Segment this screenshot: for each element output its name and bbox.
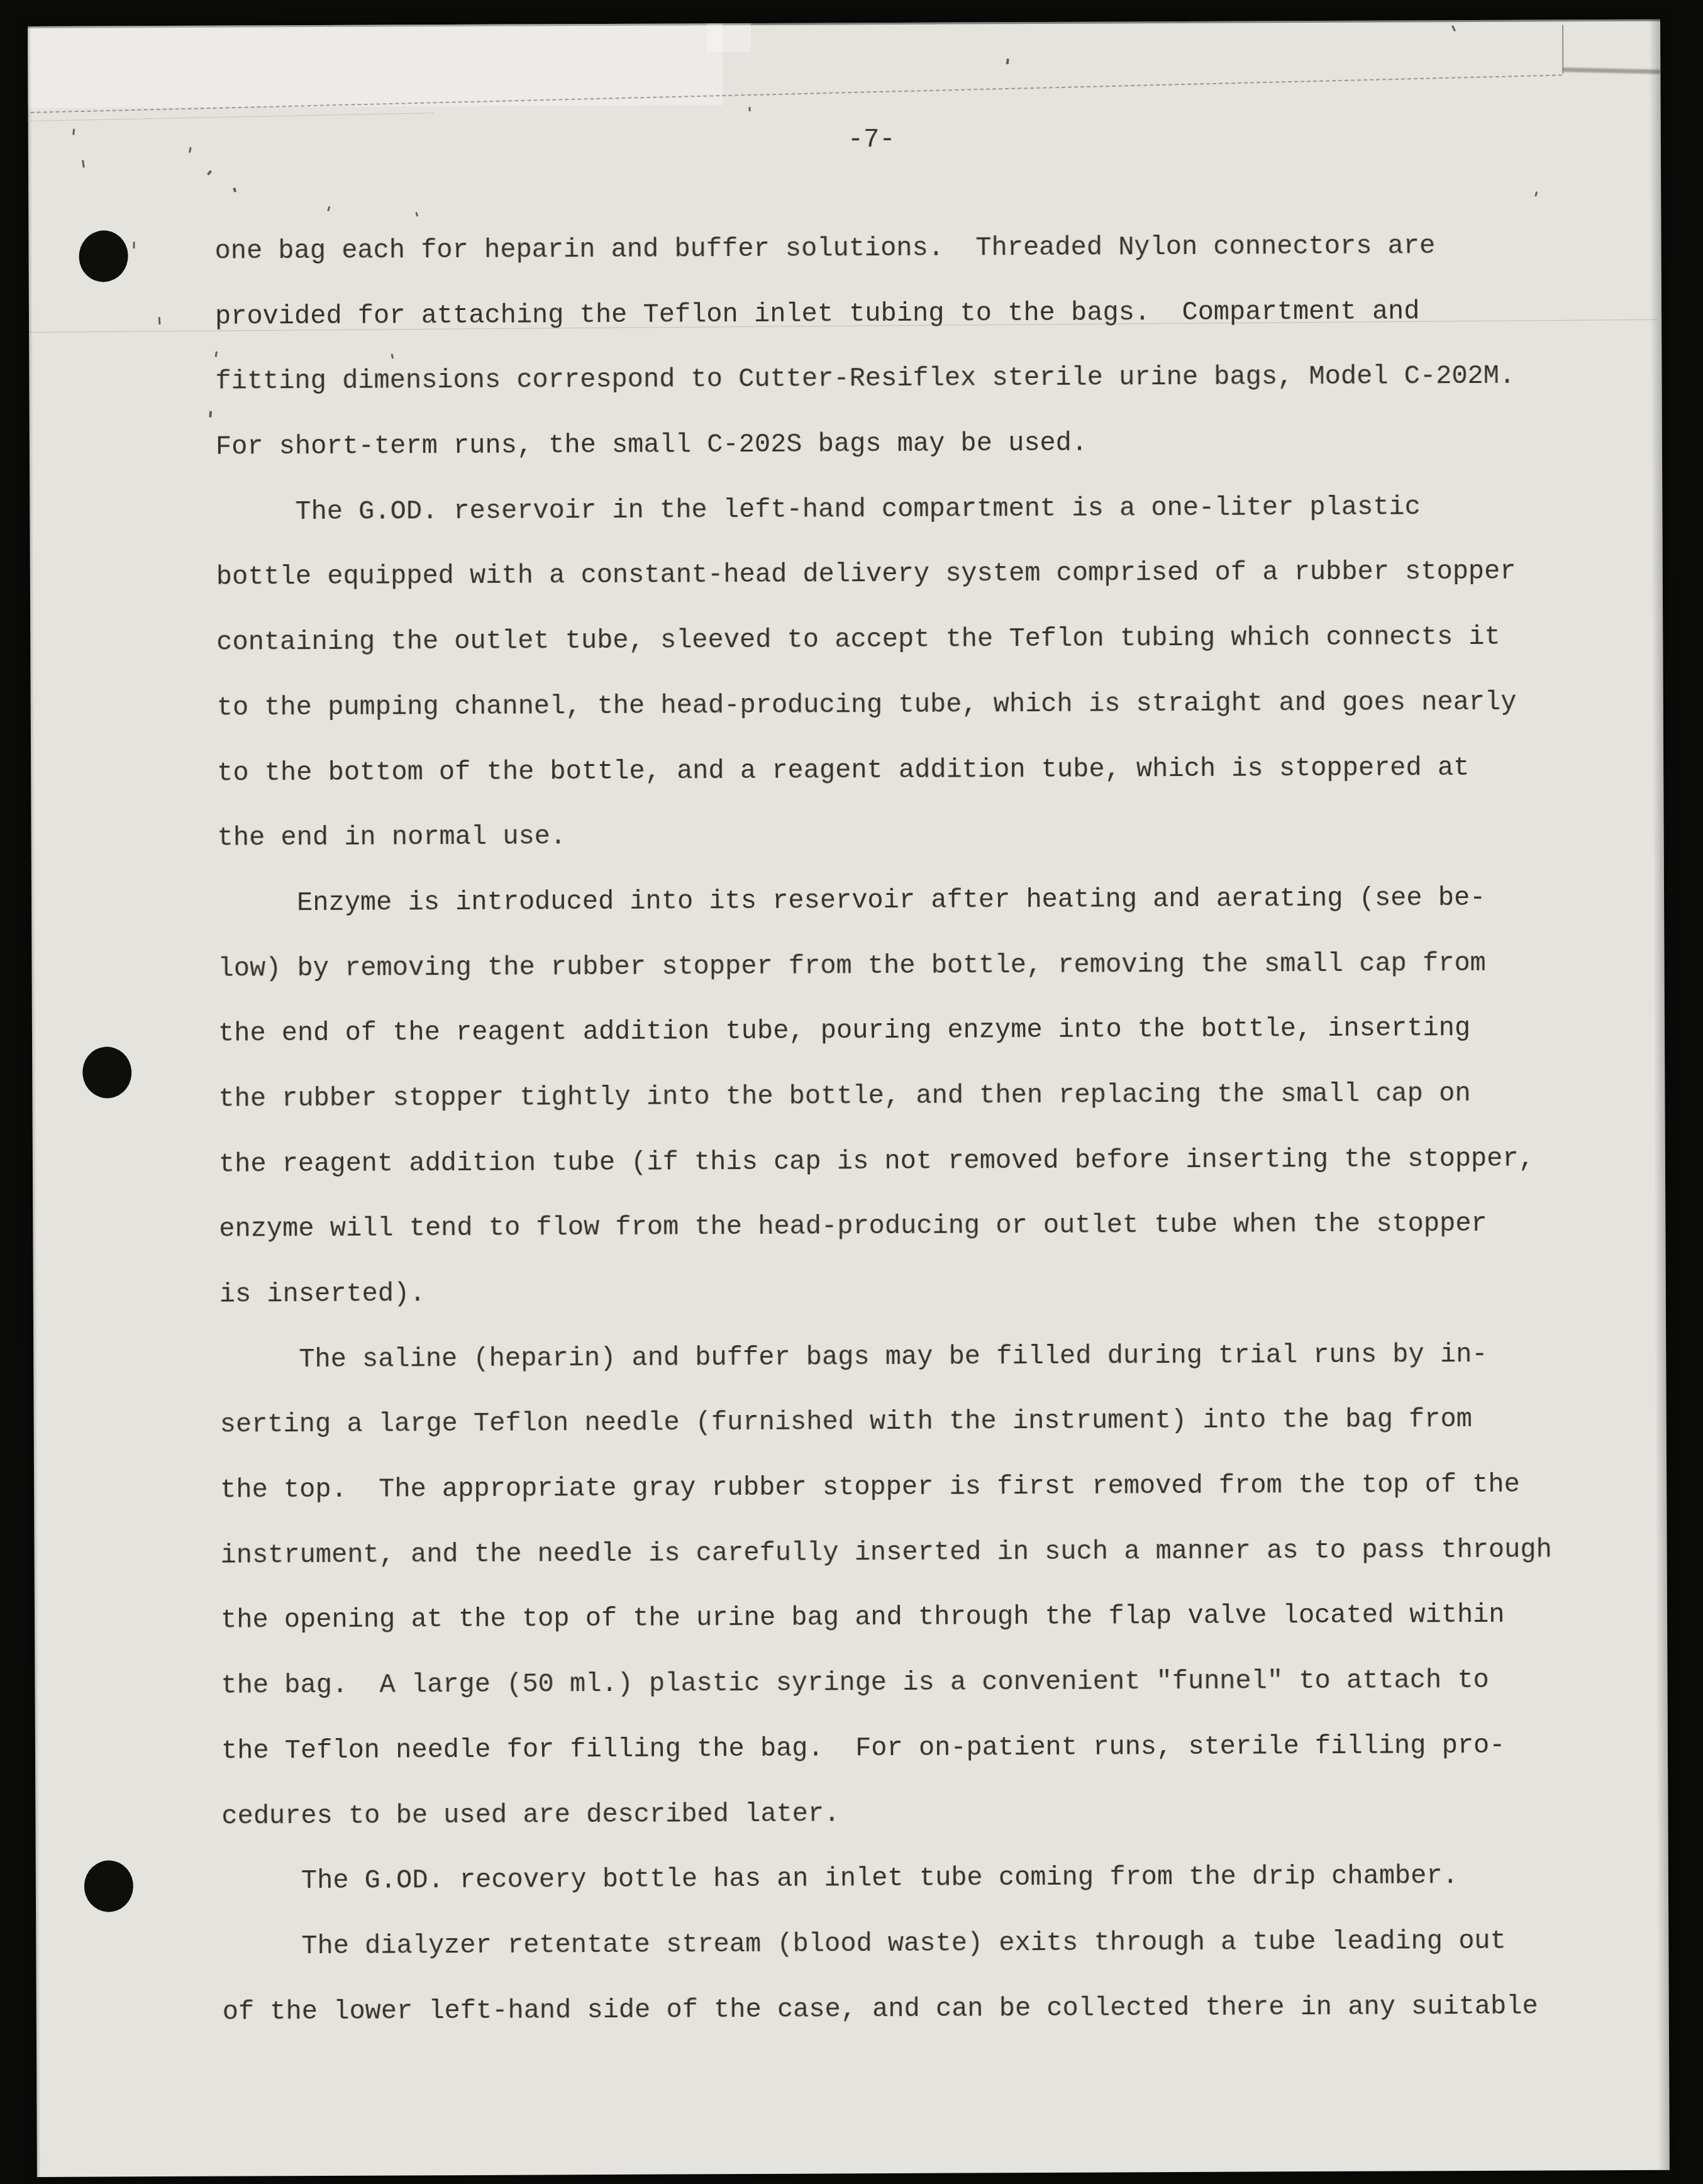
text-line: fitting dimensions correspond to Cutter-… <box>215 343 1636 415</box>
speckle <box>189 147 192 153</box>
text-line: the rubber stopper tightly into the bott… <box>218 1061 1639 1133</box>
text-line: cedures to be used are described later. <box>221 1778 1643 1849</box>
hole-punch <box>83 1860 135 1914</box>
text-line: the reagent addition tube (if this cap i… <box>219 1126 1640 1197</box>
text-line: The dialyzer retentate stream (blood was… <box>222 1909 1643 1980</box>
paper-top-band <box>28 23 723 108</box>
text-line: Enzyme is introduced into its reservoir … <box>218 865 1639 937</box>
speckle <box>72 129 75 135</box>
scan-background: -7- one bag each for heparin and buffer … <box>0 0 1703 2184</box>
text-line: the end of the reagent addition tube, po… <box>218 995 1639 1067</box>
speckle <box>415 212 418 217</box>
speckle <box>158 317 161 324</box>
speckle <box>82 160 85 167</box>
text-line: low) by removing the rubber stopper from… <box>218 930 1639 1002</box>
speckle <box>327 206 330 212</box>
text-line: containing the outlet tube, sleeved to a… <box>216 604 1638 676</box>
text-line: to the bottom of the bottle, and a reage… <box>217 734 1638 806</box>
text-line: the Teflon needle for filling the bag. F… <box>221 1713 1643 1785</box>
speckle <box>1006 58 1009 64</box>
paper-top-tab <box>707 23 751 52</box>
typewritten-text: one bag each for heparin and buffer solu… <box>214 213 1644 2045</box>
crease-vertical-tick <box>1562 25 1563 74</box>
speckle <box>133 241 135 248</box>
text-line: provided for attaching the Teflon inlet … <box>215 279 1636 350</box>
text-line: the opening at the top of the urine bag … <box>221 1582 1642 1654</box>
text-line: is inserted). <box>219 1256 1641 1328</box>
text-line: the top. The appropriate gray rubber sto… <box>220 1452 1641 1524</box>
text-line: bottle equipped with a constant-head del… <box>216 539 1638 611</box>
page-number: -7- <box>848 124 896 155</box>
text-line: The G.OD. recovery bottle has an inlet t… <box>222 1843 1643 1915</box>
text-line: The G.OD. reservoir in the left-hand com… <box>216 474 1637 546</box>
corner-smudge <box>1562 67 1660 74</box>
text-line: enzyme will tend to flow from the head-p… <box>219 1191 1640 1263</box>
hole-punch <box>80 1045 134 1100</box>
document-page: -7- one bag each for heparin and buffer … <box>28 19 1670 2177</box>
hole-punch <box>75 228 131 285</box>
text-line: The saline (heparin) and buffer bags may… <box>219 1322 1641 1394</box>
text-line: one bag each for heparin and buffer solu… <box>214 213 1636 285</box>
text-line: serting a large Teflon needle (furnished… <box>219 1387 1641 1458</box>
speckle <box>749 107 751 111</box>
text-line: instrument, and the needle is carefully … <box>220 1517 1641 1589</box>
speckle <box>1534 191 1538 197</box>
crease-line-secondary <box>31 113 433 121</box>
text-line: the end in normal use. <box>217 800 1638 872</box>
page-right-edge-shadow <box>1649 19 1670 2170</box>
speckle <box>209 411 212 418</box>
speckle <box>1451 25 1456 31</box>
text-line: the bag. A large (50 ml.) plastic syring… <box>221 1648 1642 1719</box>
text-line: of the lower left-hand side of the case,… <box>223 1973 1644 2045</box>
text-line: to the pumping channel, the head-produci… <box>217 670 1638 741</box>
speckle <box>233 187 236 192</box>
speckle <box>207 170 212 175</box>
text-line: For short-term runs, the small C-202S ba… <box>216 409 1637 480</box>
